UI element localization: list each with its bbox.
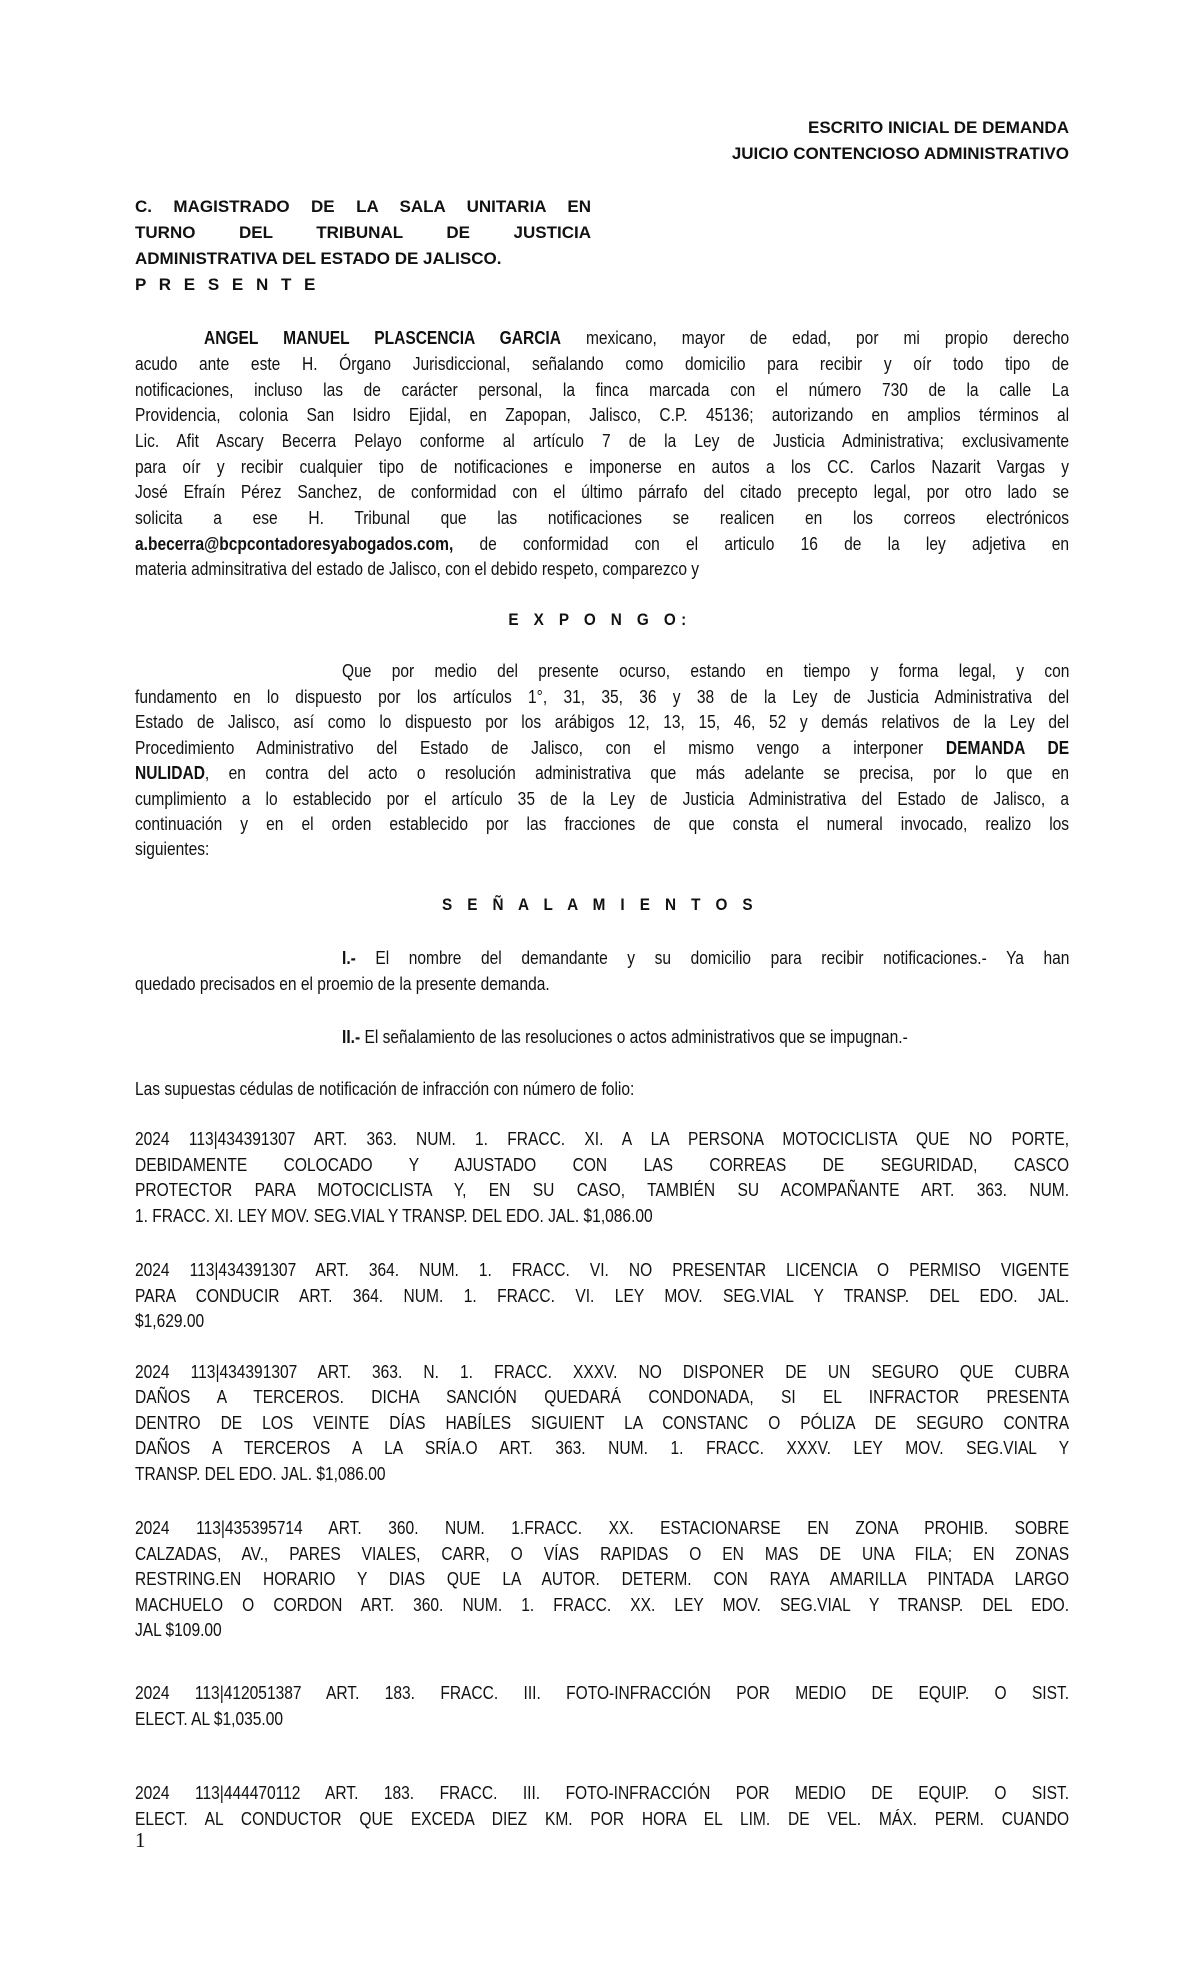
infraction-4-line: 2024 113|435395714 ART. 360. NUM. 1.FRAC… — [135, 1517, 1069, 1539]
expongo-line: siguientes: — [135, 838, 1069, 860]
intro-line: José Efraín Pérez Sanchez, de conformida… — [135, 481, 1069, 503]
infraction-2-line: 2024 113|434391307 ART. 364. NUM. 1. FRA… — [135, 1259, 1069, 1281]
infraction-3-line: TRANSP. DEL EDO. JAL. $1,086.00 — [135, 1463, 1069, 1485]
infraction-3-line: DENTRO DE LOS VEINTE DÍAS HABÍLES SIGUIE… — [135, 1412, 1069, 1434]
infraction-4-line: RESTRING.EN HORARIO Y DIAS QUE LA AUTOR.… — [135, 1568, 1069, 1590]
senalamiento-i-cont: quedado precisados en el proemio de la p… — [135, 973, 1069, 995]
infraction-5-line: ELECT. AL $1,035.00 — [135, 1708, 1069, 1730]
document-page: ESCRITO INICIAL DE DEMANDA JUICIO CONTEN… — [0, 0, 1200, 1976]
infraction-6-line: ELECT. AL CONDUCTOR QUE EXCEDA DIEZ KM. … — [135, 1808, 1069, 1830]
expongo-line: Estado de Jalisco, así como lo dispuesto… — [135, 711, 1069, 733]
plaintiff-name: ANGEL MANUEL PLASCENCIA GARCIA — [204, 327, 561, 348]
infraction-1-line: 1. FRACC. XI. LEY MOV. SEG.VIAL Y TRANSP… — [135, 1205, 1069, 1227]
procedure-type-heading: JUICIO CONTENCIOSO ADMINISTRATIVO — [732, 144, 1069, 164]
expongo-line: cumplimiento a lo establecido por el art… — [135, 788, 1069, 810]
addressee-block: C. MAGISTRADO DE LA SALA UNITARIA EN TUR… — [135, 197, 591, 301]
expongo-line: Procedimiento Administrativo del Estado … — [135, 737, 1069, 759]
expongo-line: Que por medio del presente ocurso, estan… — [342, 660, 1069, 682]
infraction-3-line: DAÑOS A TERCEROS A LA SRÍA.O ART. 363. N… — [135, 1437, 1069, 1459]
intro-line: ANGEL MANUEL PLASCENCIA GARCIA mexicano,… — [204, 327, 1069, 349]
infraction-1-line: 2024 113|434391307 ART. 363. NUM. 1. FRA… — [135, 1128, 1069, 1150]
document-type-heading: ESCRITO INICIAL DE DEMANDA — [808, 118, 1069, 138]
senalamientos-heading: S E Ñ A L A M I E N T O S — [60, 895, 1140, 915]
infraction-5-line: 2024 113|412051387 ART. 183. FRACC. III.… — [135, 1682, 1069, 1704]
infraction-6-line: 2024 113|444470112 ART. 183. FRACC. III.… — [135, 1782, 1069, 1804]
expongo-line: NULIDAD, en contra del acto o resolución… — [135, 762, 1069, 784]
infraction-3-line: DAÑOS A TERCEROS. DICHA SANCIÓN QUEDARÁ … — [135, 1386, 1069, 1408]
expongo-line: fundamento en lo dispuesto por los artíc… — [135, 686, 1069, 708]
infraction-4-line: MACHUELO O CORDON ART. 360. NUM. 1. FRAC… — [135, 1594, 1069, 1616]
infraction-2-line: $1,629.00 — [135, 1310, 1069, 1332]
infraction-1-line: PROTECTOR PARA MOTOCICLISTA Y, EN SU CAS… — [135, 1179, 1069, 1201]
folio-intro: Las supuestas cédulas de notificación de… — [135, 1078, 1069, 1100]
senalamiento-ii: II.- El señalamiento de las resoluciones… — [342, 1026, 1069, 1048]
intro-line: para oír y recibir cualquier tipo de not… — [135, 456, 1069, 478]
intro-line: Lic. Afit Ascary Becerra Pelayo conforme… — [135, 430, 1069, 452]
infraction-2-line: PARA CONDUCIR ART. 364. NUM. 1. FRACC. V… — [135, 1285, 1069, 1307]
addressee-line: C. MAGISTRADO DE LA SALA UNITARIA EN — [135, 197, 591, 223]
expongo-heading: E X P O N G O: — [60, 610, 1140, 630]
intro-line: acudo ante este H. Órgano Jurisdiccional… — [135, 353, 1069, 375]
page-number: 1 — [135, 1828, 146, 1852]
infraction-1-line: DEBIDAMENTE COLOCADO Y AJUSTADO CON LAS … — [135, 1154, 1069, 1176]
addressee-line: TURNO DEL TRIBUNAL DE JUSTICIA — [135, 223, 591, 249]
intro-line: a.becerra@bcpcontadoresyabogados.com, de… — [135, 533, 1069, 555]
intro-line: Providencia, colonia San Isidro Ejidal, … — [135, 404, 1069, 426]
email-link[interactable]: a.becerra@bcpcontadoresyabogados.com, — [135, 533, 453, 554]
expongo-line: continuación y en el orden establecido p… — [135, 813, 1069, 835]
infraction-4-line: JAL $109.00 — [135, 1619, 1069, 1641]
addressee-line: ADMINISTRATIVA DEL ESTADO DE JALISCO. — [135, 249, 591, 275]
senalamiento-i: I.- El nombre del demandante y su domici… — [342, 947, 1069, 969]
intro-line: solicita a ese H. Tribunal que las notif… — [135, 507, 1069, 529]
infraction-3-line: 2024 113|434391307 ART. 363. N. 1. FRACC… — [135, 1361, 1069, 1383]
intro-line: materia adminsitrativa del estado de Jal… — [135, 558, 1069, 580]
infraction-4-line: CALZADAS, AV., PARES VIALES, CARR, O VÍA… — [135, 1543, 1069, 1565]
intro-line: notificaciones, incluso las de carácter … — [135, 379, 1069, 401]
presente-label: P R E S E N T E — [135, 275, 591, 301]
